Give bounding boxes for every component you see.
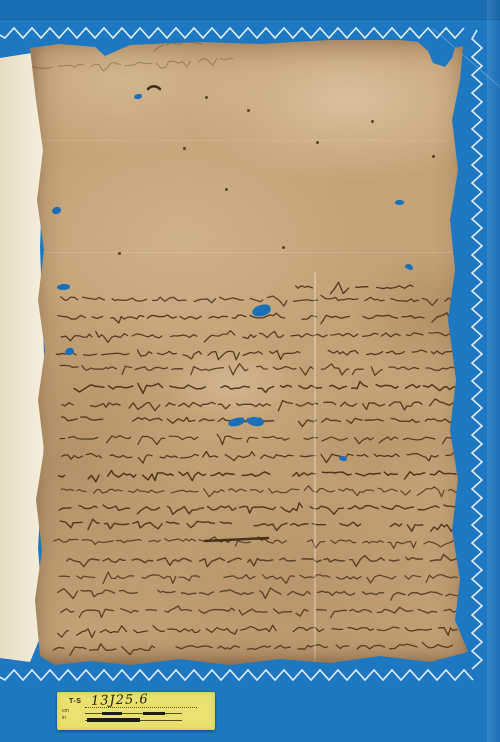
in-unit-label: in — [62, 715, 66, 720]
cm-unit-label: cm — [62, 708, 69, 713]
stitch-right — [472, 30, 482, 669]
classmark-label: T-S 13J25.6 cm in — [57, 692, 215, 730]
manuscript-fragment — [28, 36, 472, 668]
cm-scale-rule — [85, 713, 182, 714]
cm-scale-segment — [102, 712, 122, 715]
classmark-number: 13J25.6 — [91, 692, 149, 709]
stitch-bottom — [0, 670, 473, 680]
cm-scale-segment — [143, 712, 165, 715]
genizah-photograph: T-S 13J25.6 cm in — [0, 0, 500, 742]
in-scale-segment — [87, 718, 140, 722]
stitch-top — [0, 28, 464, 38]
paper-edge-shading — [28, 36, 472, 668]
classmark-prefix: T-S — [69, 698, 81, 705]
